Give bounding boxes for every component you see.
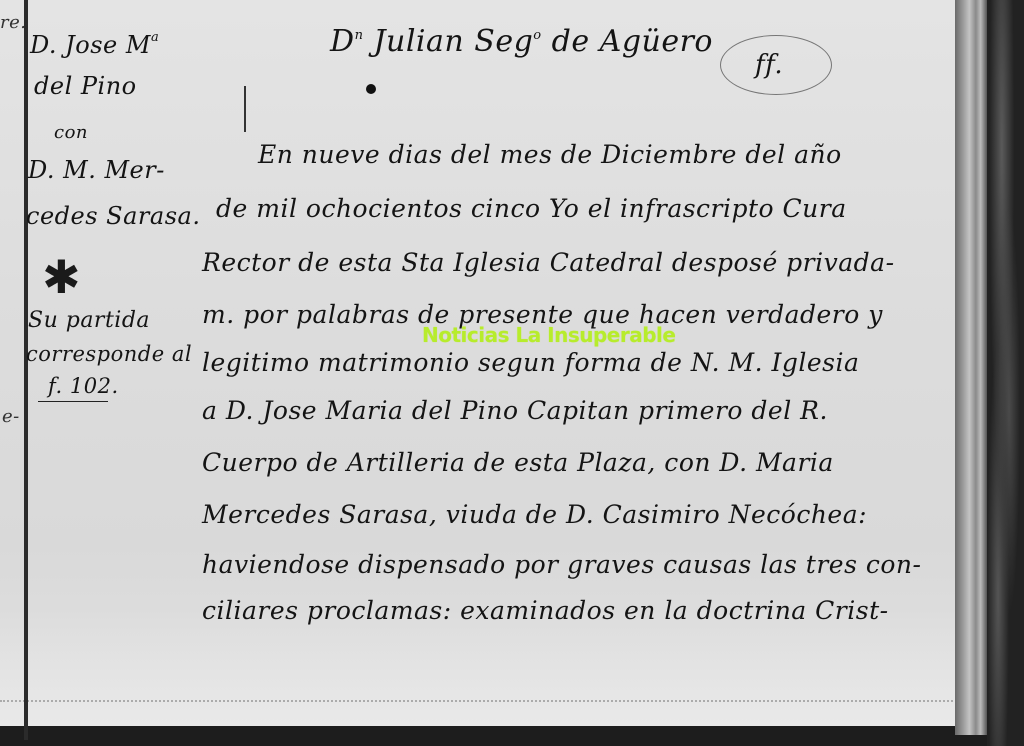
folio-underline bbox=[38, 401, 108, 402]
watermark-text: Noticias La Insuperable bbox=[422, 323, 675, 347]
entry-heading: Dn Julian Sego de Agüero bbox=[330, 24, 713, 59]
scanned-image: re. e- Dn Julian Sego de Agüero ff. D. J… bbox=[0, 0, 1024, 746]
margin-note-line: con bbox=[54, 122, 88, 143]
margin-note-line: cedes Sarasa. bbox=[26, 202, 200, 230]
heading-name-sup: o bbox=[533, 28, 541, 43]
signature-rubric: ff. bbox=[755, 50, 783, 80]
margin-note-line: D. M. Mer- bbox=[28, 156, 165, 184]
folio-reference: f. 102. bbox=[48, 374, 119, 398]
ink-blot bbox=[366, 84, 376, 94]
left-page-fragment: re. bbox=[0, 12, 26, 33]
body-line: a D. Jose Maria del Pino Capitan primero… bbox=[202, 396, 828, 425]
body-line: Cuerpo de Artilleria de esta Plaza, con … bbox=[202, 448, 834, 477]
heading-surname: de Agüero bbox=[552, 24, 713, 59]
heading-name: Julian Seg bbox=[373, 24, 533, 59]
cross-reference-line: Su partida bbox=[28, 308, 150, 333]
asterisk-icon: ✱ bbox=[42, 254, 81, 300]
heading-prefix: D bbox=[330, 24, 355, 59]
cross-reference-line: corresponde al bbox=[26, 342, 192, 366]
left-margin-rule bbox=[24, 0, 28, 740]
book-cover bbox=[987, 0, 1024, 746]
body-line: Rector de esta Sta Iglesia Catedral desp… bbox=[202, 248, 895, 277]
pen-mark bbox=[244, 86, 246, 132]
body-line: legitimo matrimonio segun forma de N. M.… bbox=[202, 348, 859, 377]
body-line: haviendose dispensado por graves causas … bbox=[202, 550, 921, 579]
margin-note-line: D. Jose Ma bbox=[30, 30, 159, 59]
book-binding-edge bbox=[955, 0, 987, 735]
margin-note-line: del Pino bbox=[34, 72, 137, 100]
body-line: de mil ochocientos cinco Yo el infrascri… bbox=[216, 194, 847, 223]
body-line: Mercedes Sarasa, viuda de D. Casimiro Ne… bbox=[202, 500, 867, 529]
body-line: ciliares proclamas: examinados en la doc… bbox=[202, 596, 889, 625]
heading-prefix-sup: n bbox=[355, 28, 364, 43]
body-line: En nueve dias del mes de Diciembre del a… bbox=[258, 140, 842, 169]
page-bottom-shadow bbox=[0, 726, 1024, 746]
left-page-fragment: e- bbox=[2, 406, 20, 427]
